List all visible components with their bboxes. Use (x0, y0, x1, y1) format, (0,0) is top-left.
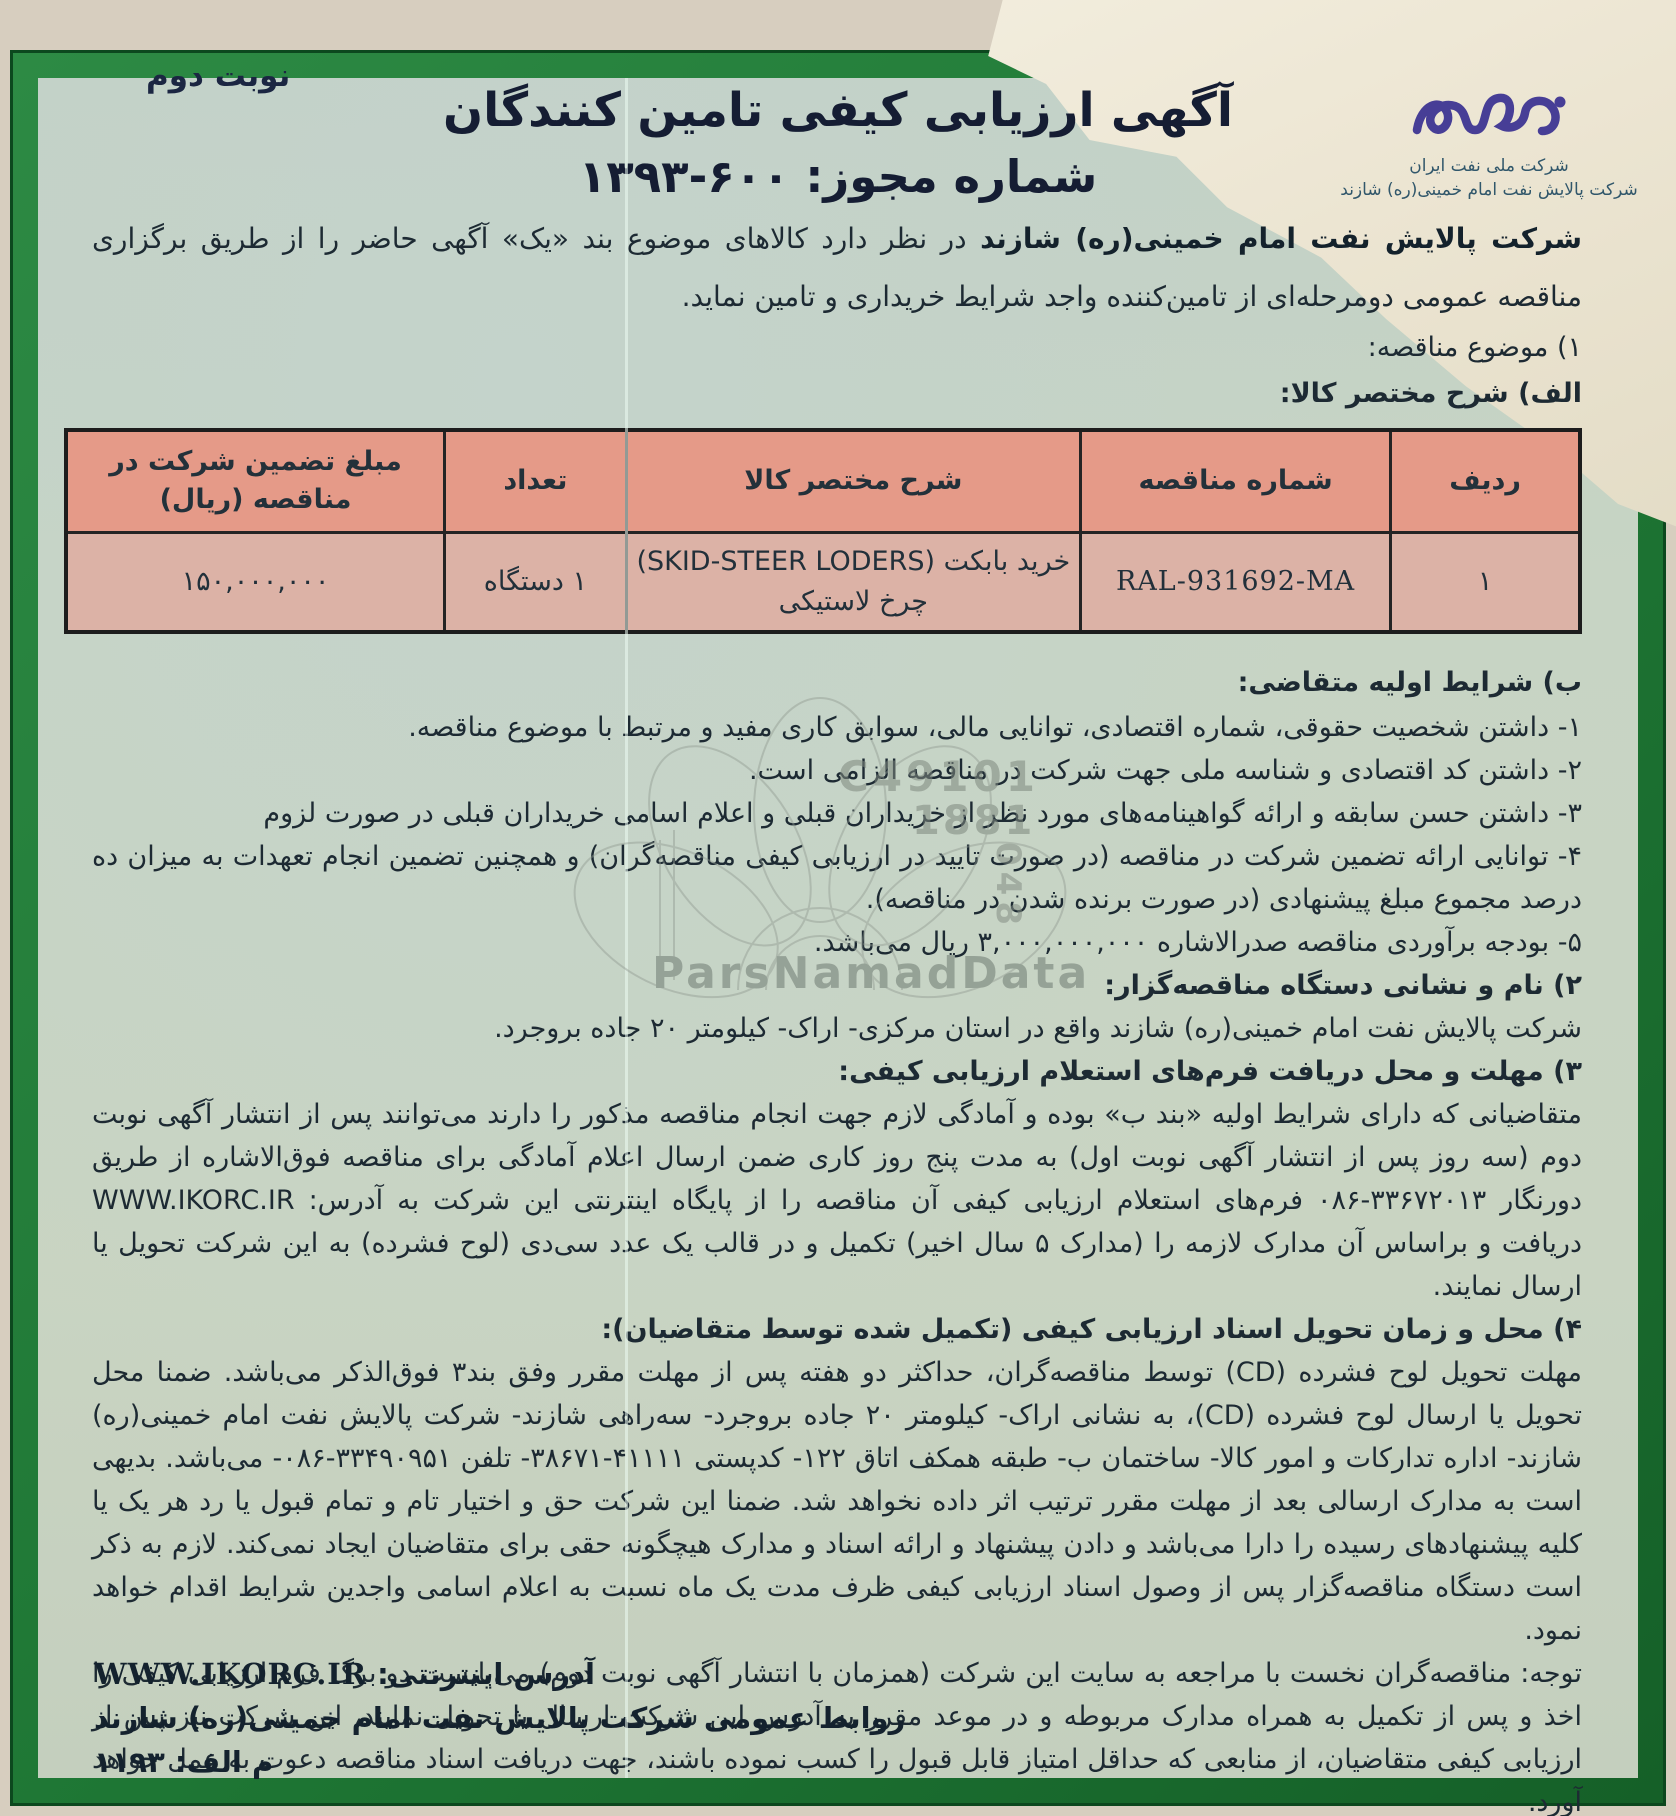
section1-subheading: الف) شرح مختصر کالا: (92, 372, 1582, 416)
col-header-guarantee-amount: مبلغ تضمین شرکت در مناقصه (ریال) (66, 430, 445, 532)
ad-reference-number: م الف: ۱۱۹۳ (94, 1740, 905, 1784)
section2-heading: ۲) نام و نشانی دستگاه مناقصه‌گزار: (92, 964, 1582, 1007)
goods-table: ردیف شماره مناقصه شرح مختصر کالا تعداد م… (64, 428, 1582, 634)
table-header-row: ردیف شماره مناقصه شرح مختصر کالا تعداد م… (66, 430, 1580, 532)
website-line: آدرس اینترنتی: WWW.IKORC.IR (94, 1652, 905, 1696)
scanned-tender-ad: شرکت ملی نفت ایران شرکت پالایش نفت امام … (0, 0, 1676, 1816)
section1-heading: ۱) موضوع مناقصه: (92, 328, 1582, 368)
section3-body: متقاضیانی که دارای شرایط اولیه «بند ب» ب… (92, 1093, 1582, 1308)
cell-guarantee-amount: ۱۵۰,۰۰۰,۰۰۰ (66, 532, 445, 632)
cell-description: خرید بابکت (SKID-STEER LODERS) چرخ لاستی… (626, 532, 1080, 632)
section-b-heading: ب) شرایط اولیه متقاضی: (92, 660, 1582, 706)
section4-heading: ۴) محل و زمان تحویل اسناد ارزیابی کیفی (… (92, 1308, 1582, 1351)
ad-title: آگهی ارزیابی کیفی تامین کنندگان (398, 80, 1278, 142)
requirement-item-1: ۱- داشتن شخصیت حقوقی، شماره اقتصادی، توا… (92, 706, 1582, 749)
public-relations-signature: روابط عمومی شرکت پالایش نفت امام خمینی(ر… (94, 1696, 905, 1740)
footer-block: آدرس اینترنتی: WWW.IKORC.IR روابط عمومی … (94, 1652, 905, 1784)
section2-body: شرکت پالایش نفت امام خمینی(ره) شازند واق… (92, 1007, 1582, 1050)
scan-fold-line (625, 78, 628, 1778)
cell-row-number: ۱ (1391, 532, 1580, 632)
logo-caption-refinery: شرکت پالایش نفت امام خمینی(ره) شازند (1336, 178, 1642, 202)
cell-description-line2: چرخ لاستیکی (636, 582, 1071, 622)
cell-tender-number: RAL-931692-MA (1080, 532, 1390, 632)
logo-caption-nioc: شرکت ملی نفت ایران (1336, 154, 1642, 178)
ad-body: شرکت پالایش نفت امام خمینی(ره) شازند در … (92, 210, 1582, 1816)
col-header-row-number: ردیف (1391, 430, 1580, 532)
col-header-description: شرح مختصر کالا (626, 430, 1080, 532)
col-header-quantity: تعداد (445, 430, 627, 532)
requirement-item-4: ۴- توانایی ارائه تضمین شرکت در مناقصه (د… (92, 835, 1582, 921)
section3-heading: ۳) مهلت و محل دریافت فرم‌های استعلام ارز… (92, 1050, 1582, 1093)
nioc-logo-icon (1336, 84, 1642, 150)
website-label: آدرس اینترنتی: (377, 1657, 595, 1691)
company-logo-block: شرکت ملی نفت ایران شرکت پالایش نفت امام … (1336, 84, 1642, 202)
license-number: شماره مجوز: ۶۰۰-۱۳۹۳ (398, 148, 1278, 206)
cell-description-line1: خرید بابکت (SKID-STEER LODERS) (636, 542, 1071, 582)
requirement-item-3: ۳- داشتن حسن سابقه و ارائه گواهینامه‌های… (92, 792, 1582, 835)
table-row: ۱ RAL-931692-MA خرید بابکت (SKID-STEER L… (66, 532, 1580, 632)
intro-paragraph: شرکت پالایش نفت امام خمینی(ره) شازند در … (92, 210, 1582, 326)
requirement-item-5: ۵- بودجه برآوردی مناقصه صدرالاشاره ۳,۰۰۰… (92, 921, 1582, 964)
section4-body: مهلت تحویل لوح فشرده (CD) توسط مناقصه‌گر… (92, 1351, 1582, 1652)
website-url: WWW.IKORC.IR (94, 1657, 367, 1691)
intro-company-name: شرکت پالایش نفت امام خمینی(ره) شازند (980, 222, 1582, 255)
requirement-item-2: ۲- داشتن کد اقتصادی و شناسه ملی جهت شرکت… (92, 749, 1582, 792)
col-header-tender-number: شماره مناقصه (1080, 430, 1390, 532)
cell-quantity: ۱ دستگاه (445, 532, 627, 632)
publication-round-note: نوبت دوم (146, 58, 290, 94)
ad-title-block: آگهی ارزیابی کیفی تامین کنندگان شماره مج… (398, 80, 1278, 206)
